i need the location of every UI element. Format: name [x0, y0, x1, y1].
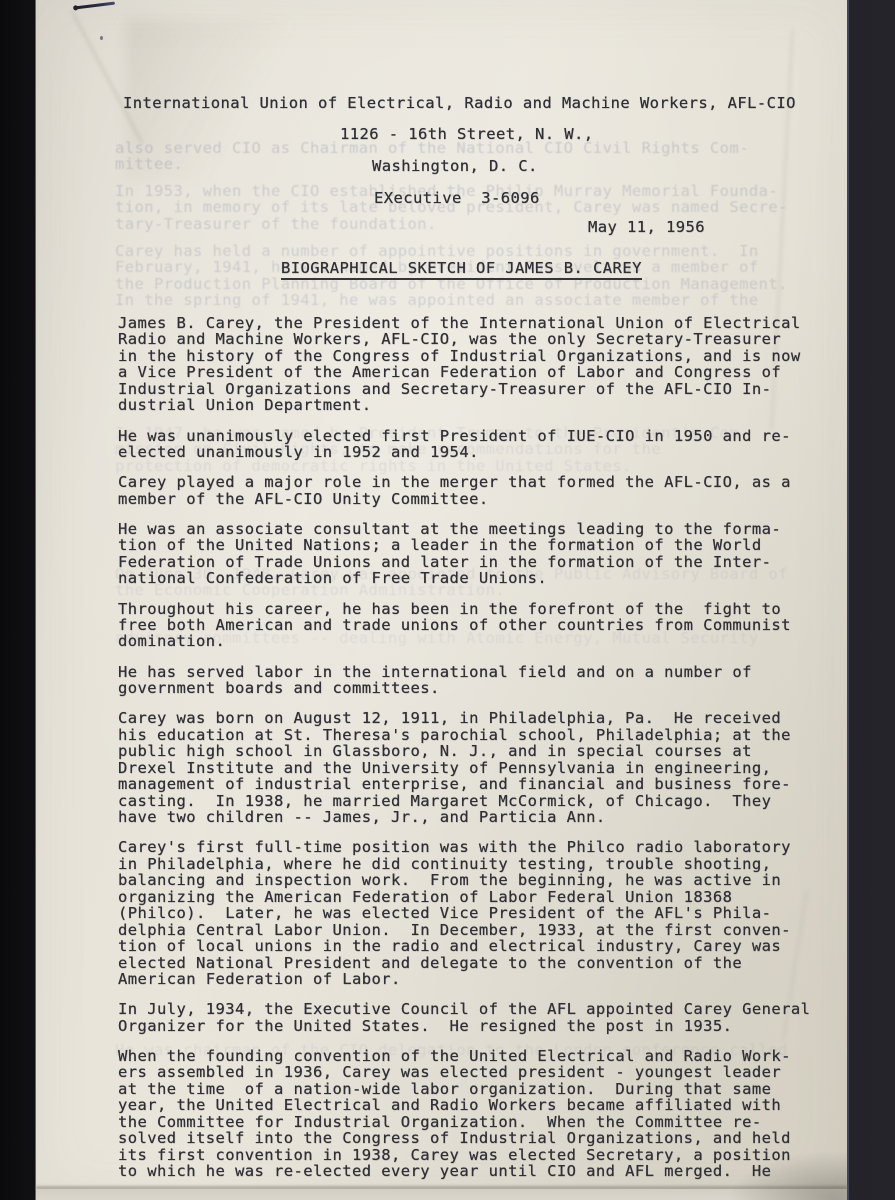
- text-line: Federation of Trade Unions and later in …: [118, 554, 853, 570]
- date-text: May 11, 1956: [588, 218, 705, 236]
- text-line: Radio and Machine Workers, AFL-CIO, was …: [118, 331, 853, 347]
- photo-background: { "letterhead": { "organization": "Inter…: [0, 0, 895, 1200]
- text-line: member of the AFL-CIO Unity Committee.: [118, 491, 853, 507]
- paragraph: Carey played a major role in the merger …: [118, 474, 853, 507]
- text-line: He was unanimously elected first Preside…: [118, 428, 853, 444]
- letterhead-city: Washington, D. C.: [372, 158, 538, 174]
- text-line: organizing the American Federation of La…: [118, 889, 853, 905]
- text-line: balancing and inspection work. From the …: [118, 872, 853, 888]
- text-line: James B. Carey, the President of the Int…: [118, 315, 853, 331]
- paragraph: Carey was born on August 12, 1911, in Ph…: [118, 710, 853, 825]
- text-line: Organizer for the United States. He resi…: [118, 1018, 853, 1034]
- text-line: delphia Central Labor Union. In December…: [118, 922, 853, 938]
- corner-shadow: [727, 1150, 847, 1200]
- letterhead-organization: International Union of Electrical, Radio…: [123, 95, 796, 111]
- text-line: Carey played a major role in the merger …: [118, 474, 853, 490]
- paragraph: In July, 1934, the Executive Council of …: [118, 1001, 853, 1034]
- scanned-paper-page: also served CIO as Chairman of the Natio…: [36, 0, 847, 1200]
- text-line: casting. In 1938, he married Margaret Mc…: [118, 793, 853, 809]
- ink-speck: [100, 36, 103, 40]
- text-line: tion of local unions in the radio and el…: [118, 938, 853, 954]
- document-body: James B. Carey, the President of the Int…: [118, 315, 853, 1193]
- text-line: year, the United Electrical and Radio Wo…: [118, 1097, 853, 1113]
- paragraph: James B. Carey, the President of the Int…: [118, 315, 853, 414]
- text-line: Drexel Institute and the University of P…: [118, 760, 853, 776]
- text-line: a Vice President of the American Federat…: [118, 364, 853, 380]
- text-line: He was an associate consultant at the me…: [118, 521, 853, 537]
- paragraph: Throughout his career, he has been in th…: [118, 601, 853, 650]
- document-title-text: BIOGRAPHICAL SKETCH OF JAMES B. CAREY: [281, 259, 642, 280]
- text-line: the Committee for Industrial Organizatio…: [118, 1114, 853, 1130]
- text-line: national Confederation of Free Trade Uni…: [118, 570, 853, 586]
- text-line: In July, 1934, the Executive Council of …: [118, 1001, 853, 1017]
- text-line: at the time of a nation-wide labor organ…: [118, 1081, 853, 1097]
- paper-bottom-sheet: [36, 1189, 847, 1200]
- text-line: elected National President and delegate …: [118, 955, 853, 971]
- text-line: (Philco). Later, he was elected Vice Pre…: [118, 905, 853, 921]
- document-title: BIOGRAPHICAL SKETCH OF JAMES B. CAREY: [281, 260, 642, 276]
- paragraph: He has served labor in the international…: [118, 664, 853, 697]
- text-line: his education at St. Theresa's parochial…: [118, 727, 853, 743]
- document-date: May 11, 1956: [588, 219, 705, 235]
- text-line: Carey's first full-time position was wit…: [118, 839, 853, 855]
- text-line: solved itself into the Congress of Indus…: [118, 1130, 853, 1146]
- text-line: in Philadelphia, where he did continuity…: [118, 856, 853, 872]
- text-line: government boards and committees.: [118, 680, 853, 696]
- text-line: have two children -- James, Jr., and Par…: [118, 809, 853, 825]
- paragraph: Carey's first full-time position was wit…: [118, 839, 853, 987]
- text-line: Throughout his career, he has been in th…: [118, 601, 853, 617]
- paragraph: He was an associate consultant at the me…: [118, 521, 853, 587]
- text-line: tion of the United Nations; a leader in …: [118, 537, 853, 553]
- text-line: American Federation of Labor.: [118, 971, 853, 987]
- text-line: Industrial Organizations and Secretary-T…: [118, 381, 853, 397]
- text-line: ers assembled in 1936, Carey was elected…: [118, 1064, 853, 1080]
- text-line: free both American and trade unions of o…: [118, 617, 853, 633]
- text-line: dustrial Union Department.: [118, 397, 853, 413]
- text-line: management of industrial enterprise, and…: [118, 776, 853, 792]
- text-line: elected unanimously in 1952 and 1954.: [118, 444, 853, 460]
- text-line: domination.: [118, 633, 853, 649]
- text-line: When the founding convention of the Unit…: [118, 1048, 853, 1064]
- text-line: Carey was born on August 12, 1911, in Ph…: [118, 710, 853, 726]
- text-line: in the history of the Congress of Indust…: [118, 348, 853, 364]
- letterhead-phone: EXecutive 3-6096: [374, 190, 540, 206]
- text-line: He has served labor in the international…: [118, 664, 853, 680]
- letterhead-address: 1126 - 16th Street, N. W.,: [340, 126, 594, 142]
- text-line: public high school in Glassboro, N. J., …: [118, 743, 853, 759]
- paragraph: He was unanimously elected first Preside…: [118, 428, 853, 461]
